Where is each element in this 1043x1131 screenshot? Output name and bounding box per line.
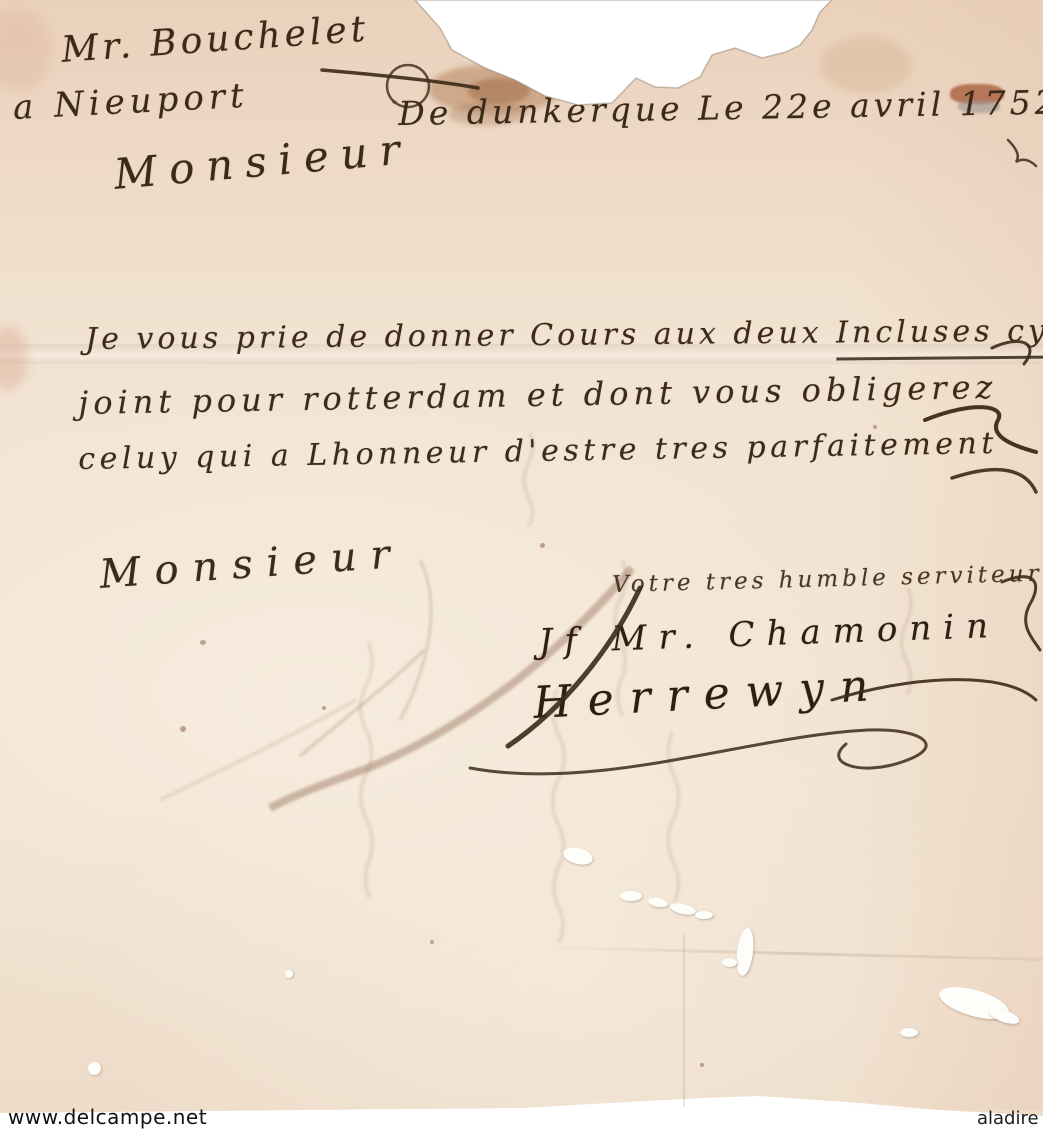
damage-spot (88, 1062, 101, 1075)
body-line-1: Je vous prie de donner Cours aux deux In… (85, 314, 1043, 357)
fly-speck (200, 640, 206, 645)
fly-speck (430, 940, 434, 944)
fly-speck (540, 543, 545, 548)
damage-spot (695, 911, 713, 919)
damage-spot (900, 1028, 918, 1037)
fly-speck (392, 100, 397, 104)
watermark-aladire: aladire (977, 1108, 1039, 1129)
damage-spot (285, 970, 293, 978)
letter-scan: Mr. Bouchelet a Nieuport De dunkerque Le… (0, 0, 1043, 1131)
watermark-delcampe: www.delcampe.net (8, 1105, 207, 1129)
fly-speck (700, 1063, 704, 1067)
fly-speck (322, 706, 326, 710)
body-line-1-underlined-word: Incluses cy (836, 314, 1043, 361)
body-line-1-start: Je vous prie de donner Cours aux deux (85, 315, 836, 357)
fly-speck (180, 726, 186, 732)
damage-spot (620, 891, 642, 901)
damage-spot (722, 958, 737, 967)
